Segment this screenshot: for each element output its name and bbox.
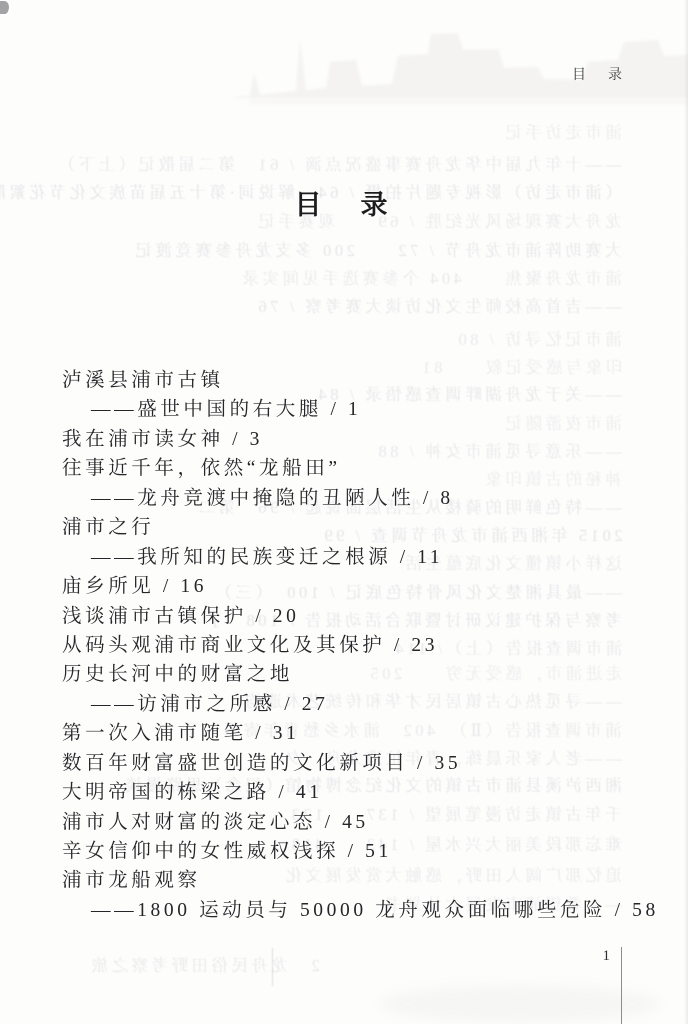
bleed-through-text-line: ——吉首高校师生文化访谈大赛考察 / 76 (255, 293, 622, 317)
toc-entry: 第一次入浦市随笔 / 31 (62, 719, 630, 748)
toc-entry: 浦市龙船观察 (62, 866, 630, 895)
toc-entry: 浅谈浦市古镇保护 / 20 (62, 602, 630, 631)
bleed-through-text-line: 2 龙舟民俗田野考察之旅 (88, 952, 320, 976)
toc-entry: 浦市之行 (62, 513, 630, 542)
toc-entry: ——访浦市之所感 / 27 (62, 690, 630, 719)
toc-entry: 从码头观浦市商业文化及其保护 / 23 (62, 631, 630, 660)
toc-entry: ——1800 运动员与 50000 龙舟观众面临哪些危险 / 58 (62, 896, 630, 925)
toc-entry: 历史长河中的财富之地 (62, 660, 630, 689)
scanned-book-page: 目 录 浦市走访手记——十年九届中华龙舟赛事盛况点滴 / 61 第二届散记（上下… (0, 0, 688, 1024)
page-number: 1 (603, 948, 611, 965)
toc-entry: 庙乡所见 / 16 (62, 572, 630, 601)
bleed-through-text-line: ——十年九届中华龙舟赛事盛况点滴 / 61 第二届散记（上下） (55, 151, 622, 175)
toc-entry: ——我所知的民族变迁之根源 / 11 (62, 543, 630, 572)
skyline-silhouette-soft (250, 99, 688, 104)
folio-vertical-rule (621, 947, 623, 1024)
toc-entry: 浦市人对财富的淡定心态 / 45 (62, 808, 630, 837)
bleed-footer-rule (272, 948, 273, 986)
toc-entry: 往事近千年，依然“龙船田” (62, 454, 630, 483)
scan-smudge (380, 985, 660, 1023)
toc-entry: 大明帝国的栋梁之路 / 41 (62, 778, 630, 807)
table-of-contents: 泸溪县浦市古镇——盛世中国的右大腿 / 1我在浦市读女神 / 3往事近千年，依然… (62, 366, 630, 925)
bleed-through-text-line: 大赛助阵浦市龙舟节 / 72 200 多支龙舟参赛竞渡记 (132, 237, 622, 261)
toc-entry: ——盛世中国的右大腿 / 1 (62, 395, 630, 424)
running-header-title: 目 录 (572, 64, 626, 84)
scan-artifact-speck (0, 1, 9, 14)
faded-skyline-banner-image (0, 0, 688, 112)
scan-edge-shadow (684, 0, 688, 1024)
page-title: 目 录 (0, 183, 688, 222)
toc-entry: 泸溪县浦市古镇 (62, 366, 630, 395)
toc-entry: 我在浦市读女神 / 3 (62, 425, 630, 454)
bleed-through-text-line: 浦市记忆寻访 / 80 (455, 326, 622, 350)
toc-entry: ——龙舟竞渡中掩隐的丑陋人性 / 8 (62, 484, 630, 513)
toc-entry: 辛女信仰中的女性威权浅探 / 51 (62, 837, 630, 866)
toc-entry: 数百年财富盛世创造的文化新项目 / 35 (62, 749, 630, 778)
bleed-through-text-line: 浦市走访手记 (502, 119, 622, 143)
bleed-through-text-line: 浦市龙舟聚焦 404 个参赛选手见闻实录 (239, 265, 622, 289)
